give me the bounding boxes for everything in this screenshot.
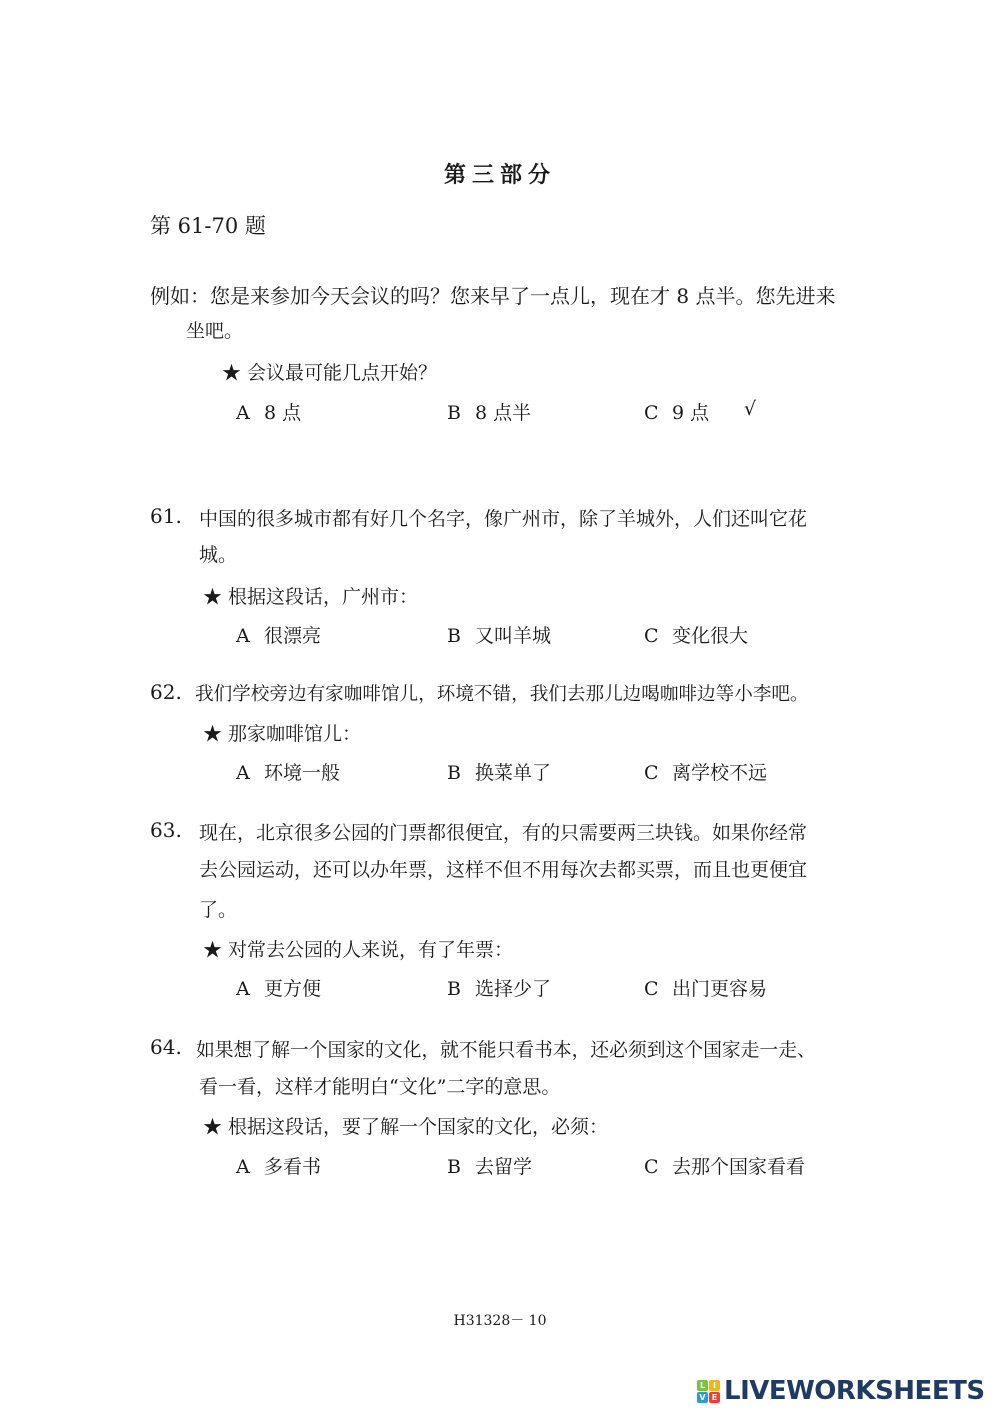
question-text-line: 我们学校旁边有家咖啡馆儿，环境不错，我们去那儿边喝咖啡边等小李吧。 [195, 680, 809, 706]
option-a[interactable]: A环境一般 [236, 758, 340, 785]
question-text-line: 了。 [199, 895, 237, 922]
question-text-line: 如果想了解一个国家的文化，就不能只看书本，还必须到这个国家走一走、 [196, 1035, 816, 1062]
option-a[interactable]: A更方便 [236, 974, 321, 1001]
example-text-line1: 您是来参加今天会议的吗？您来早了一点儿，现在才 8 点半。您先进来 [210, 284, 835, 308]
live-logo-icon: L I V E [697, 1380, 720, 1403]
option-a[interactable]: A很漂亮 [236, 621, 321, 648]
option-b[interactable]: B又叫羊城 [447, 621, 551, 648]
option-b[interactable]: B去留学 [447, 1152, 532, 1179]
question-prompt: ★ 对常去公园的人来说，有了年票： [203, 935, 513, 962]
example-question: ★ 会议最可能几点开始？ [222, 358, 437, 385]
section-title: 第三部分 [0, 158, 1000, 189]
option-c[interactable]: C去那个国家看看 [644, 1152, 805, 1179]
question-prompt: ★ 根据这段话，要了解一个国家的文化，必须： [203, 1112, 608, 1139]
option-a[interactable]: A多看书 [236, 1152, 321, 1179]
question-prompt: ★ 那家咖啡馆儿： [203, 719, 361, 746]
example-label: 例如： [150, 284, 210, 308]
option-c[interactable]: C离学校不远 [644, 758, 767, 785]
example-option-a: A8 点 [236, 398, 301, 425]
example-option-c: C9 点 [644, 398, 709, 425]
question-text-line: 城。 [199, 540, 237, 567]
question-text-line: 看一看，这样才能明白“文化”二字的意思。 [199, 1072, 560, 1099]
option-b[interactable]: B选择少了 [447, 974, 551, 1001]
question-text-line: 中国的很多城市都有好几个名字，像广州市，除了羊城外，人们还叫它花 [199, 504, 807, 531]
question-number: 63. [150, 818, 182, 842]
example-option-b: B8 点半 [447, 398, 531, 425]
example-text-line2: 坐吧。 [186, 316, 243, 343]
brand-name: LIVEWORKSHEETS [724, 1378, 985, 1404]
check-mark-icon: √ [744, 398, 756, 420]
liveworksheets-brand[interactable]: L I V E LIVEWORKSHEETS [697, 1378, 985, 1404]
option-c[interactable]: C出门更容易 [644, 974, 767, 1001]
option-c[interactable]: C变化很大 [644, 621, 748, 648]
question-prompt: ★ 根据这段话，广州市： [203, 582, 418, 609]
question-number: 61. [150, 504, 182, 528]
question-text-line: 现在，北京很多公园的门票都很便宜，有的只需要两三块钱。如果你经常 [199, 818, 807, 845]
page-code: H31328－ 10 [0, 1310, 1000, 1330]
question-number: 64. [150, 1035, 182, 1059]
question-text-line: 去公园运动，还可以办年票，这样不但不用每次去都买票，而且也更便宜 [199, 855, 807, 882]
question-range: 第 61-70 题 [150, 210, 266, 240]
question-number: 62. [150, 680, 182, 704]
option-b[interactable]: B换菜单了 [447, 758, 551, 785]
